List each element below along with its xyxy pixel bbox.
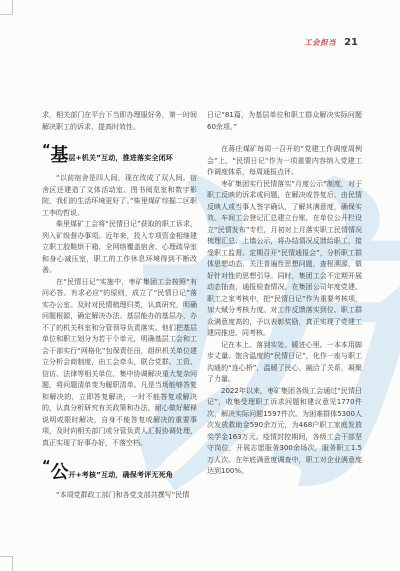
body-paragraph: 日记”81篇，为基层单位和职工群众解决实际问题60余项。” [207,110,362,133]
body-paragraph: “以前宿舍是四人间，现在改成了双人间。宿舍区还建造了文体活动室、图书阅览室和数字… [42,173,197,219]
body-paragraph: 记在本上、落到实处、暖进心里。一本本用脚步丈量、饱含温度的“民情日记”，化作一座… [207,340,362,386]
crop-mark-bottom-left [0,556,13,571]
body-paragraph: 在“民情日记”实施中，枣矿集团工会按照“有问必答、有求必应”的原则，成立了“民情… [42,277,197,450]
section-label: 工会担当 [304,37,336,48]
body-paragraph: “本周党群政工部门和各党支部共撰写“民情 [42,490,197,502]
heading-text: 层+机关”互动，推进落实全闭环 [69,153,173,164]
heading-quote-mark: “ [42,462,51,472]
heading-quote-mark: “ [42,146,51,156]
body-paragraph: 在蒋庄煤矿每周一召开的“党建工作调度周例会”上，“民情日记”作为一项重要内容纳入… [207,144,362,179]
magazine-page: 工会担当 21 访 求，相关部门在平台下当即办理服好务，第一时间解决职工的诉求，… [0,0,400,571]
body-paragraph: 柴里煤矿工会将“民情日记”获取的职工诉求，列入矿级督办事项。近年来，投入专项资金… [42,219,197,277]
left-column: 求，相关部门在平台下当即办理服好务，第一时间解决职工的诉求，提高时效性。 “ 基… [42,110,197,501]
right-column: 日记”81篇，为基层单位和职工群众解决实际问题60余项。” 在蒋庄煤矿每周一召开… [207,110,362,501]
body-paragraph: 求，相关部门在平台下当即办理服好务，第一时间解决职工的诉求，提高时效性。 [42,110,197,133]
heading-dropcap: 基 [51,147,69,164]
page-number: 21 [344,37,358,48]
body-paragraph: 枣矿集团实行民情落实“月度公示”制度，对于职工反映的诉求或问题，在解决或答复后，… [207,179,362,340]
section-heading-public: “ 公 开+考核”互动，确保考评无死角 [42,462,197,480]
heading-text: 开+考核”互动，确保考评无死角 [69,470,173,481]
heading-dropcap: 公 [51,464,69,481]
section-heading-basic: “ 基 层+机关”互动，推进落实全闭环 [42,146,197,164]
page-header: 工会担当 21 [304,37,358,48]
body-paragraph: 2022年以来，枣矿集团各级工会通过“民情日记”，收集受理职工诉求问题和建议意见… [207,386,362,478]
crop-mark-top-left [0,0,13,15]
text-columns: 求，相关部门在平台下当即办理服好务，第一时间解决职工的诉求，提高时效性。 “ 基… [42,110,362,501]
